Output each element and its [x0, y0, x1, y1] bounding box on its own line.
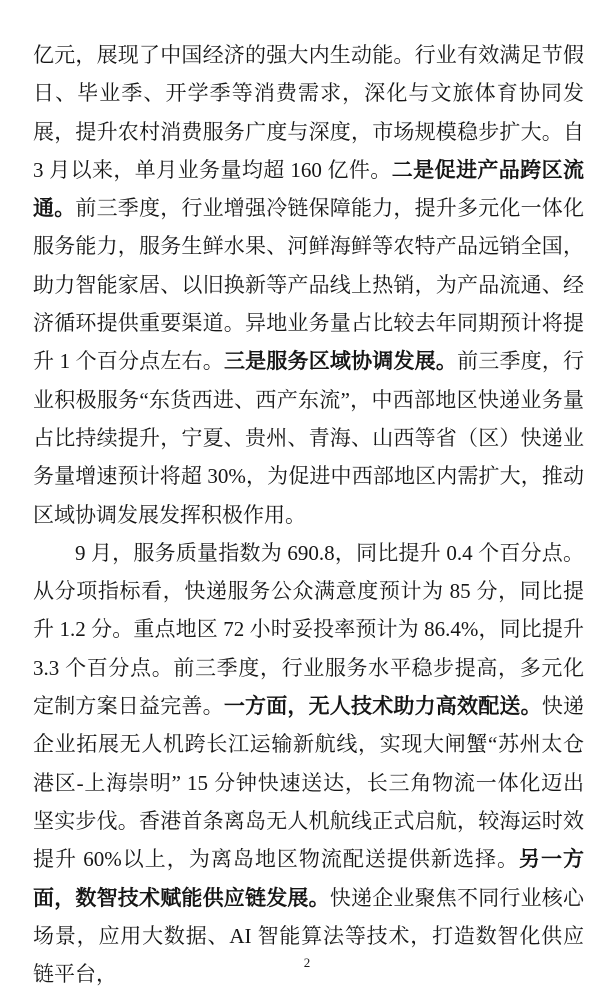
document-page: 亿元，展现了中国经济的强大内生动能。行业有效满足节假日、毕业季、开学季等消费需求…	[0, 0, 614, 987]
bold-text-run: 一方面，无人技术助力高效配送。	[224, 694, 542, 718]
paragraph: 亿元，展现了中国经济的强大内生动能。行业有效满足节假日、毕业季、开学季等消费需求…	[33, 36, 584, 534]
paragraph: 9 月，服务质量指数为 690.8，同比提升 0.4 个百分点。从分项指标看，快…	[33, 534, 584, 987]
text-run: 9 月，服务质量指数为 690.8，同比提升 0.4 个百分点。从分项指标看，快…	[33, 541, 584, 718]
page-number: 2	[0, 955, 614, 971]
document-body: 亿元，展现了中国经济的强大内生动能。行业有效满足节假日、毕业季、开学季等消费需求…	[33, 36, 584, 987]
text-run: 前三季度，行业增强冷链保障能力，提升多元化一体化服务能力，服务生鲜水果、河鲜海鲜…	[33, 196, 584, 373]
text-run: 前三季度，行业积极服务“东货西进、西产东流”，中西部地区快递业务量占比持续提升，…	[33, 349, 584, 526]
bold-text-run: 三是服务区域协调发展。	[224, 349, 457, 373]
text-run: 快递企业拓展无人机跨长江运输新航线，实现大闸蟹“苏州太仓港区-上海崇明” 15 …	[33, 694, 584, 871]
